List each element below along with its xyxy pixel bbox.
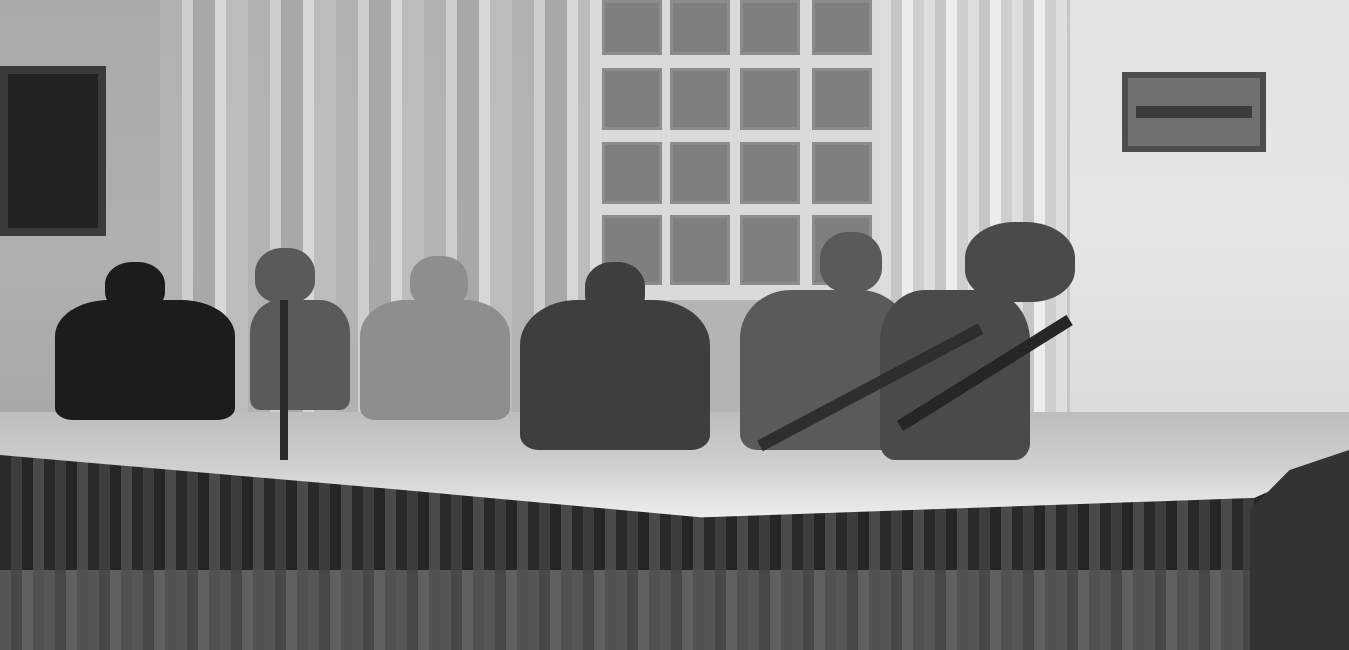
window-pane: [670, 0, 730, 55]
window-pane: [740, 68, 800, 130]
window-pane: [740, 142, 800, 204]
instrument-neck: [280, 300, 288, 460]
performer-body: [520, 300, 710, 450]
floor: [0, 570, 1349, 650]
performer-body: [250, 300, 350, 410]
window-pane: [670, 68, 730, 130]
photograph: [0, 0, 1349, 650]
performer-head: [105, 262, 165, 312]
window-pane: [670, 142, 730, 204]
window-pane: [812, 142, 872, 204]
window-pane: [602, 0, 662, 55]
window-pane: [670, 215, 730, 285]
window-pane: [812, 0, 872, 55]
performer-head: [585, 262, 645, 317]
performer-body: [360, 300, 510, 420]
window-pane: [602, 68, 662, 130]
window-pane: [812, 68, 872, 130]
performer-head: [410, 256, 468, 308]
performer-body: [55, 300, 235, 420]
framed-sign-right: [1122, 72, 1266, 152]
window-pane: [602, 142, 662, 204]
performer-head: [820, 232, 882, 292]
back-wall-right: [1040, 0, 1349, 470]
window-pane: [740, 0, 800, 55]
window-pane: [740, 215, 800, 285]
picture-frame-left: [0, 66, 106, 236]
performer-head: [255, 248, 315, 303]
performer-head: [965, 222, 1075, 302]
